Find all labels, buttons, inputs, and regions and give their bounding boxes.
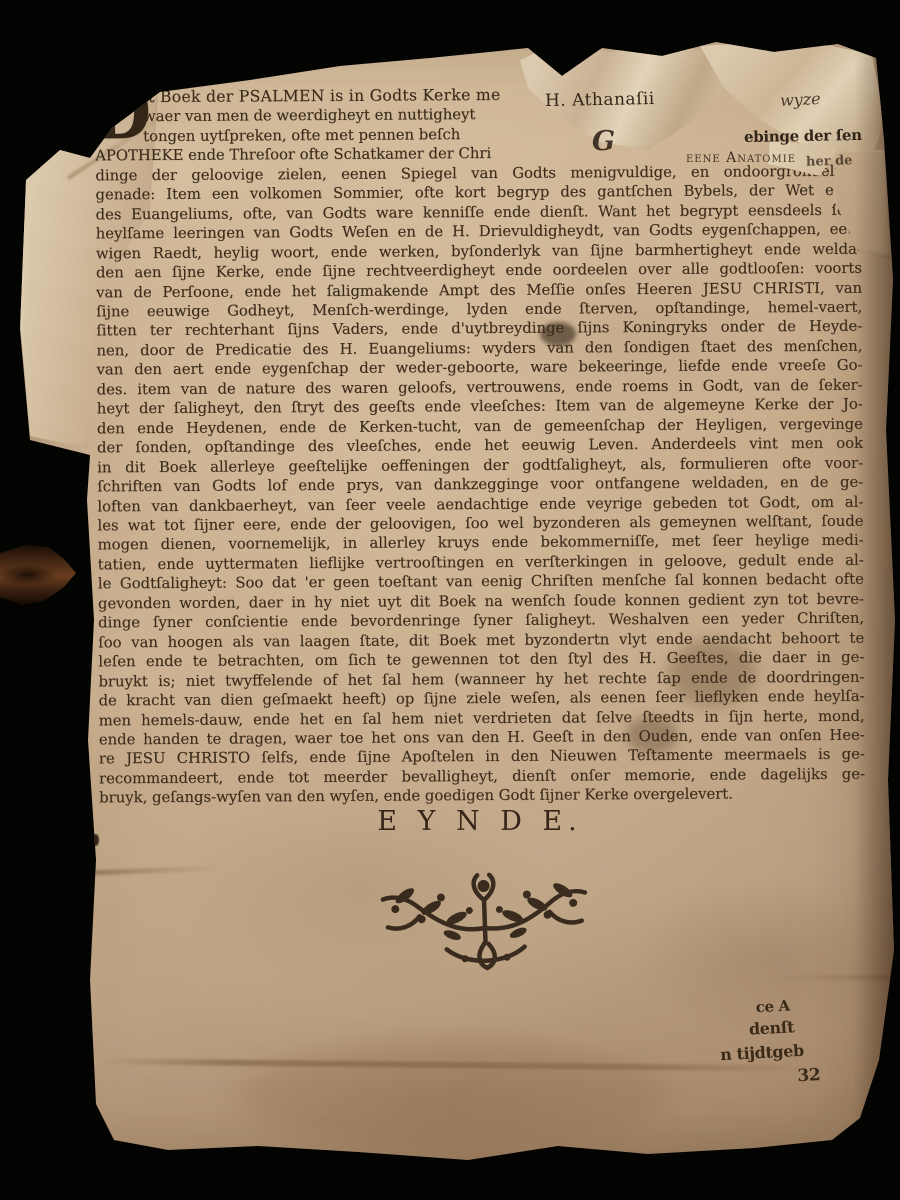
corner-annotation-line: ce A xyxy=(755,997,790,1017)
text-line: bruyk, geſangs-wyſen van den wyſen, ende… xyxy=(99,784,865,808)
corner-annotation-line: denſt xyxy=(748,1017,794,1038)
water-stain xyxy=(240,1040,670,1150)
photo-background: D it Boek der PSALMEN is in Godts Kerke … xyxy=(0,0,900,1200)
corner-annotation-line: n tijdtgeb xyxy=(720,1041,804,1064)
crease-line xyxy=(100,1058,810,1071)
book-clasp xyxy=(0,543,80,607)
paper-fragment-text: H. Athanaſii xyxy=(545,89,655,111)
page-edge-shadow xyxy=(854,0,900,1200)
floral-tailpiece-ornament xyxy=(358,866,612,990)
corner-annotation-line: 32 xyxy=(797,1065,821,1086)
page-text-block: D it Boek der PSALMEN is in Godts Kerke … xyxy=(95,84,865,808)
paper-fragment-text: eene Anatomie xyxy=(686,150,796,166)
book-page: D it Boek der PSALMEN is in Godts Kerke … xyxy=(0,0,900,1200)
paper-fragment-text: her de xyxy=(806,153,853,170)
paper-fragment-text: wyze xyxy=(780,89,822,110)
crease-line xyxy=(95,866,220,875)
paper-fragment-text: ebinge der ſen xyxy=(744,126,862,146)
paper-fragment-text: G xyxy=(592,126,615,157)
finis-heading: E Y N D E. xyxy=(97,806,863,837)
drop-cap: D xyxy=(93,82,151,142)
